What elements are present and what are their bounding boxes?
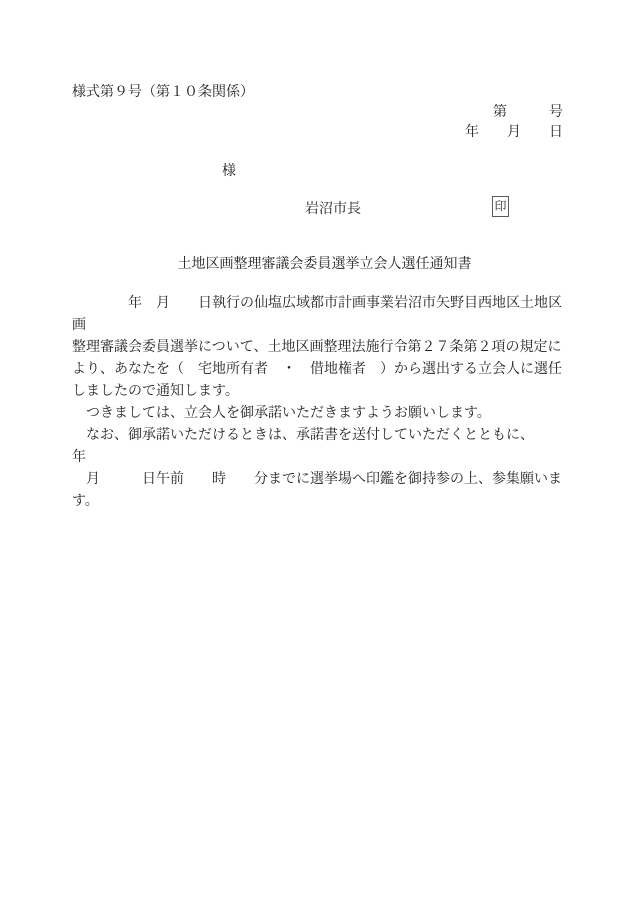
document-number-blank: 第 号 <box>493 101 563 121</box>
document-body-text: 年 月 日執行の仙塩広域都市計画事業岩沼市矢野目西地区土地区画 整理審議会委員選… <box>72 293 572 513</box>
sender-title: 岩沼市長 <box>305 198 361 218</box>
document-page: 様式第９号（第１０条関係） 第 号 年 月 日 様 岩沼市長 印 土地区画整理審… <box>0 0 630 915</box>
seal-box: 印 <box>492 196 509 217</box>
form-number-label: 様式第９号（第１０条関係） <box>72 81 254 101</box>
date-blank: 年 月 日 <box>465 121 563 141</box>
document-title: 土地区画整理審議会委員選挙立会人選任通知書 <box>72 253 577 273</box>
addressee-honorific: 様 <box>222 160 236 180</box>
seal-mark: 印 <box>494 199 506 213</box>
